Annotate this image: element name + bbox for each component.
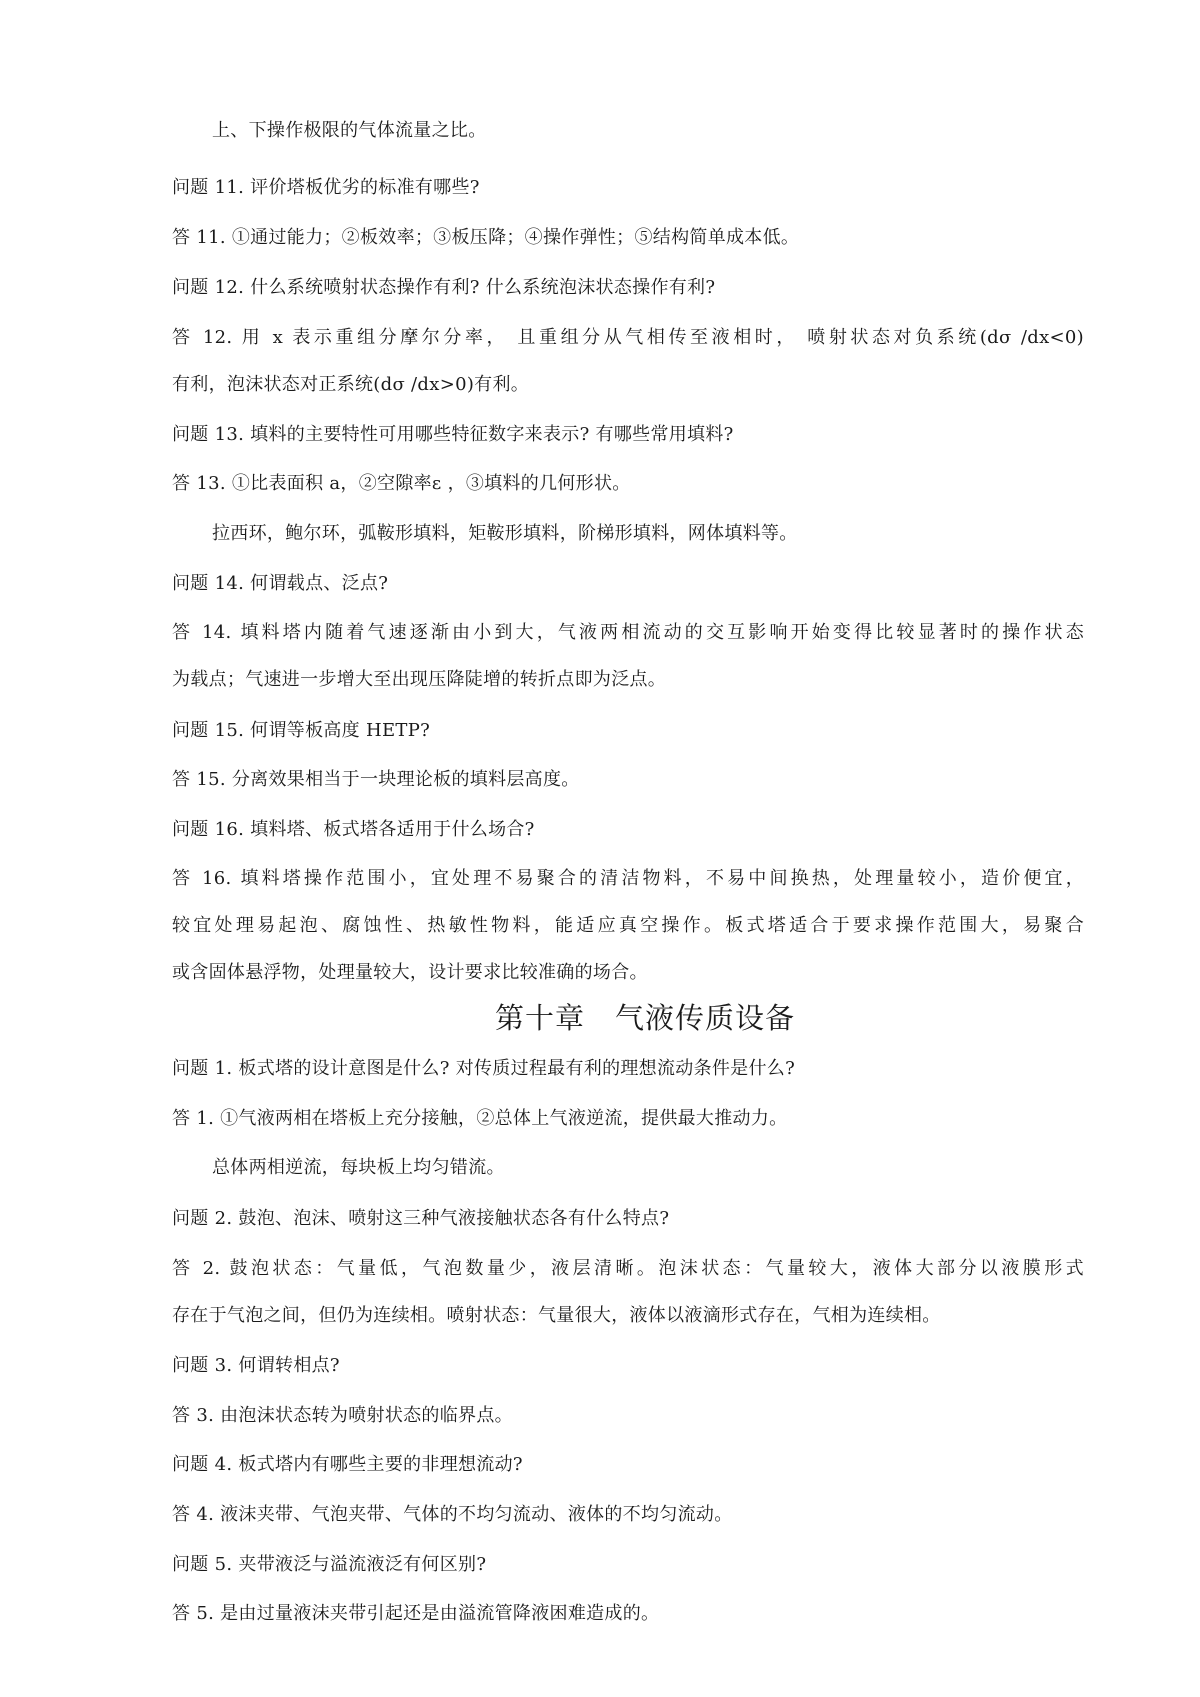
answer-continuation-line: 总体两相逆流，每块板上均匀错流。: [212, 1155, 505, 1181]
question-line: 问题 15. 何谓等板高度 HETP?: [172, 718, 430, 744]
answer-line: 答 14. 填料塔内随着气速逐渐由小到大，气液两相流动的交互影响开始变得比较显著…: [172, 620, 1084, 646]
answer-continuation-line: 有利，泡沫状态对正系统(dσ /dx>0)有利。: [172, 372, 529, 398]
answer-line: 答 3. 由泡沫状态转为喷射状态的临界点。: [172, 1403, 513, 1429]
document-page: 上、下操作极限的气体流量之比。问题 11. 评价塔板优劣的标准有哪些?答 11.…: [0, 0, 1200, 1697]
question-line: 问题 16. 填料塔、板式塔各适用于什么场合?: [172, 817, 535, 843]
answer-line: 答 12. 用 x 表示重组分摩尔分率， 且重组分从气相传至液相时， 喷射状态对…: [172, 325, 1084, 351]
answer-line: 答 4. 液沫夹带、气泡夹带、气体的不均匀流动、液体的不均匀流动。: [172, 1502, 733, 1528]
answer-line: 答 2. 鼓泡状态：气量低，气泡数量少，液层清晰。泡沫状态：气量较大，液体大部分…: [172, 1256, 1084, 1282]
answer-line: 答 16. 填料塔操作范围小，宜处理不易聚合的清洁物料，不易中间换热，处理量较小…: [172, 866, 1084, 892]
answer-line: 答 1. ①气液两相在塔板上充分接触，②总体上气液逆流，提供最大推动力。: [172, 1106, 787, 1132]
question-line: 问题 12. 什么系统喷射状态操作有利? 什么系统泡沫状态操作有利?: [172, 275, 715, 301]
question-line: 问题 14. 何谓载点、泛点?: [172, 571, 388, 597]
answer-line: 答 5. 是由过量液沫夹带引起还是由溢流管降液困难造成的。: [172, 1601, 659, 1627]
question-line: 问题 4. 板式塔内有哪些主要的非理想流动?: [172, 1452, 523, 1478]
answer-continuation-line: 存在于气泡之间，但仍为连续相。喷射状态：气量很大，液体以液滴形式存在，气相为连续…: [172, 1303, 941, 1329]
answer-continuation-line: 为载点；气速进一步增大至出现压降陡增的转折点即为泛点。: [172, 667, 666, 693]
answer-continuation-line: 拉西环，鲍尔环，弧鞍形填料，矩鞍形填料，阶梯形填料，网体填料等。: [212, 521, 798, 547]
answer-line: 答 11. ①通过能力；②板效率；③板压降；④操作弹性；⑤结构简单成本低。: [172, 225, 799, 251]
question-line: 问题 1. 板式塔的设计意图是什么? 对传质过程最有利的理想流动条件是什么?: [172, 1056, 795, 1082]
answer-line: 答 15. 分离效果相当于一块理论板的填料层高度。: [172, 767, 580, 793]
answer-continuation-line: 或含固体悬浮物，处理量较大，设计要求比较准确的场合。: [172, 960, 648, 986]
answer-line: 答 13. ①比表面积 a，②空隙率ε ，③填料的几何形状。: [172, 471, 631, 497]
question-line: 问题 5. 夹带液泛与溢流液泛有何区别?: [172, 1552, 486, 1578]
continuation-line: 上、下操作极限的气体流量之比。: [212, 118, 487, 144]
answer-continuation-line: 较宜处理易起泡、腐蚀性、热敏性物料，能适应真空操作。板式塔适合于要求操作范围大，…: [172, 913, 1084, 939]
question-line: 问题 11. 评价塔板优劣的标准有哪些?: [172, 175, 480, 201]
question-line: 问题 3. 何谓转相点?: [172, 1353, 340, 1379]
question-line: 问题 2. 鼓泡、泡沫、喷射这三种气液接触状态各有什么特点?: [172, 1206, 669, 1232]
question-line: 问题 13. 填料的主要特性可用哪些特征数字来表示? 有哪些常用填料?: [172, 422, 734, 448]
chapter-heading: 第十章 气液传质设备: [0, 1000, 1200, 1036]
